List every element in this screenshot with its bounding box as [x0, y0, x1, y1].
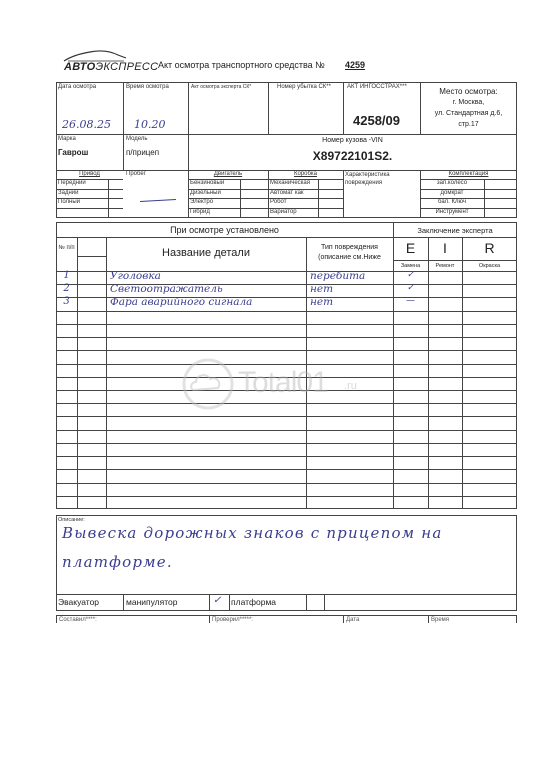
ingos-act-label: АКТ ИНГОССТРАХ***	[347, 84, 407, 90]
time-label: Время осмотра	[126, 84, 169, 90]
logo: АВТОЭКСПРЕСС	[60, 48, 130, 74]
watermark-text: Total01	[238, 366, 328, 400]
spec-gearbox-option[interactable]: Робот	[270, 199, 318, 205]
manipulator-checkmark[interactable]: ✓	[213, 595, 221, 606]
row-replace-mark: —	[393, 296, 428, 306]
evacuator-label: Эвакуатор	[58, 597, 99, 607]
model-value: п/прицеп	[126, 148, 159, 157]
car-logo-icon	[60, 48, 130, 62]
platform-checkbox[interactable]	[307, 595, 323, 610]
spec-drive-option[interactable]: Передний	[58, 180, 108, 186]
watermark: Total01 .ru	[182, 360, 382, 410]
spec-gearbox-option[interactable]: Автомат как	[270, 190, 318, 196]
description-label: Описание:	[58, 517, 85, 523]
signature-date-label: Дата	[346, 617, 359, 623]
col-part-header: Название детали	[106, 247, 306, 259]
spec-equipment-option[interactable]: зап.колесо	[420, 180, 484, 186]
spec-engine-option[interactable]: Гибрид	[190, 209, 240, 215]
row-number: 3	[56, 296, 77, 307]
row-part-name: Светоотражатель	[110, 283, 306, 295]
place-label: Место осмотра:	[420, 86, 517, 97]
logo-brand-light: ЭКСПРЕСС	[96, 61, 159, 73]
spec-equipment-option[interactable]: домкрат	[420, 190, 484, 196]
damage-char-label: Характеристика повреждения	[345, 171, 415, 187]
gearbox-label: Коробка	[268, 171, 343, 177]
vin-value: X89722101S2.	[188, 149, 517, 163]
signature-time-label: Время	[431, 617, 449, 623]
platform-option[interactable]: платформа	[231, 597, 276, 607]
model-label: Модель	[126, 136, 148, 142]
section-title: При осмотре установлено	[56, 225, 393, 235]
row-part-name: Уголовка	[110, 270, 306, 282]
col-e-sub: Замена	[393, 263, 428, 269]
col-damage-header: Тип повреждения (описание см.Ниже	[306, 243, 393, 263]
description-text-line-2: платформе.	[62, 553, 173, 571]
spec-drive-option[interactable]: Полный	[58, 199, 108, 205]
ingos-act-value: 4258/09	[353, 113, 400, 128]
spec-equipment-option[interactable]: Инструмент	[420, 209, 484, 215]
place-line-1: г. Москва,	[420, 97, 517, 108]
date-value: 26.08.25	[62, 118, 111, 131]
date-label: Дата осмотра	[58, 84, 96, 90]
spec-gearbox-option[interactable]: Механическая	[270, 180, 318, 186]
col-num-header: № п/п	[56, 244, 77, 253]
mileage-label: Пробег	[126, 171, 146, 177]
expert-act-label: Акт осмотра эксперта СК*	[191, 84, 251, 90]
watermark-suffix: .ru	[344, 380, 357, 392]
row-damage-type: перебита	[310, 270, 393, 282]
loss-number-label: Номер убытка СК**	[277, 84, 331, 90]
place-line-2: ул. Стандартная д.6,	[420, 108, 517, 119]
col-r-header: R	[462, 240, 517, 256]
row-damage-type: нет	[310, 296, 393, 308]
time-value: 10.20	[134, 118, 166, 131]
spec-engine-option[interactable]: Бензиновый	[190, 180, 240, 186]
vin-label: Номер кузова -VIN	[188, 137, 517, 144]
act-number: 4259	[345, 60, 365, 70]
brand-value: Гаврош	[58, 148, 88, 157]
spec-gearbox-option[interactable]: Вариатор	[270, 209, 318, 215]
compiled-by-label: Составил****:	[59, 617, 97, 623]
engine-label: Двигатель	[188, 171, 268, 177]
row-number: 1	[56, 270, 77, 281]
brand-label: Марка	[58, 136, 76, 142]
spec-engine-option[interactable]: Электро	[190, 199, 240, 205]
col-i-sub: Ремонт	[428, 263, 462, 269]
spec-equipment-option[interactable]: бал. Ключ	[420, 199, 484, 205]
manipulator-option[interactable]: манипулятор	[126, 597, 178, 607]
spec-drive-option[interactable]: Задний	[58, 190, 108, 196]
document-title: Акт осмотра транспортного средства №	[158, 60, 325, 70]
description-text-line-1: Вывеска дорожных знаков с прицепом на	[62, 524, 443, 542]
checked-by-label: Проверил*****:	[212, 617, 253, 623]
row-number: 2	[56, 283, 77, 294]
row-replace-mark: ✓	[393, 283, 428, 293]
col-e-header: E	[393, 240, 428, 256]
equipment-label: Комплектация	[420, 171, 517, 177]
signature-row: Составил****: Проверил*****: Дата Время	[56, 615, 517, 623]
expert-title: Заключение эксперта	[393, 226, 517, 235]
col-i-header: I	[428, 240, 462, 256]
place-line-3: стр.17	[420, 119, 517, 130]
watermark-cloud-icon	[182, 358, 234, 410]
row-part-name: Фара аварийного сигнала	[110, 296, 306, 308]
row-damage-type: нет	[310, 283, 393, 295]
drive-label: Привод	[56, 171, 123, 177]
logo-brand-bold: АВТО	[64, 61, 96, 73]
spec-engine-option[interactable]: Дизельный	[190, 190, 240, 196]
col-r-sub: Окраска	[462, 263, 517, 269]
row-replace-mark: ✓	[393, 270, 428, 280]
